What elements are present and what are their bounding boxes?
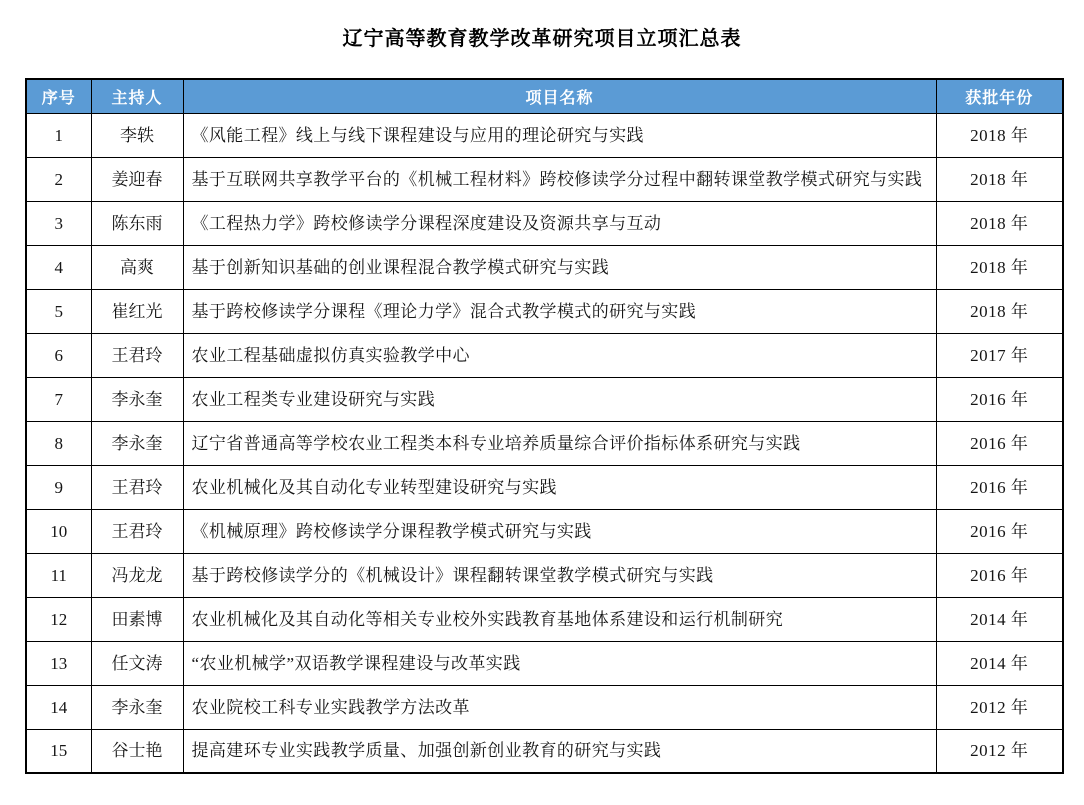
table-row: 14李永奎农业院校工科专业实践教学方法改革2012 年 [26, 685, 1063, 729]
col-header-year: 获批年份 [936, 79, 1063, 113]
table-row: 15谷士艳提高建环专业实践教学质量、加强创新创业教育的研究与实践2012 年 [26, 729, 1063, 773]
cell-leader: 李轶 [91, 113, 183, 157]
cell-project: 基于互联网共享教学平台的《机械工程材料》跨校修读学分过程中翻转课堂教学模式研究与… [183, 157, 936, 201]
cell-project: 农业院校工科专业实践教学方法改革 [183, 685, 936, 729]
table-row: 8李永奎辽宁省普通高等学校农业工程类本科专业培养质量综合评价指标体系研究与实践2… [26, 421, 1063, 465]
cell-project: 提高建环专业实践教学质量、加强创新创业教育的研究与实践 [183, 729, 936, 773]
cell-leader: 王君玲 [91, 509, 183, 553]
col-header-index: 序号 [26, 79, 91, 113]
projects-table-body: 1李轶《风能工程》线上与线下课程建设与应用的理论研究与实践2018 年2姜迎春基… [26, 113, 1063, 773]
cell-leader: 崔红光 [91, 289, 183, 333]
cell-year: 2014 年 [936, 641, 1063, 685]
cell-leader: 谷士艳 [91, 729, 183, 773]
table-row: 13任文涛“农业机械学”双语教学课程建设与改革实践2014 年 [26, 641, 1063, 685]
cell-year: 2016 年 [936, 553, 1063, 597]
table-row: 4高爽基于创新知识基础的创业课程混合教学模式研究与实践2018 年 [26, 245, 1063, 289]
cell-year: 2017 年 [936, 333, 1063, 377]
cell-index: 11 [26, 553, 91, 597]
cell-project: 《风能工程》线上与线下课程建设与应用的理论研究与实践 [183, 113, 936, 157]
cell-index: 8 [26, 421, 91, 465]
cell-project: “农业机械学”双语教学课程建设与改革实践 [183, 641, 936, 685]
table-row: 6王君玲农业工程基础虚拟仿真实验教学中心2017 年 [26, 333, 1063, 377]
page-title: 辽宁高等教育教学改革研究项目立项汇总表 [0, 22, 1084, 51]
document-page: 辽宁高等教育教学改革研究项目立项汇总表 序号 主持人 项目名称 获批年份 1李轶… [0, 0, 1084, 805]
cell-leader: 王君玲 [91, 465, 183, 509]
cell-leader: 姜迎春 [91, 157, 183, 201]
cell-project: 基于跨校修读学分的《机械设计》课程翻转课堂教学模式研究与实践 [183, 553, 936, 597]
cell-year: 2018 年 [936, 113, 1063, 157]
cell-leader: 田素博 [91, 597, 183, 641]
cell-leader: 王君玲 [91, 333, 183, 377]
table-row: 10王君玲《机械原理》跨校修读学分课程教学模式研究与实践2016 年 [26, 509, 1063, 553]
table-row: 3陈东雨《工程热力学》跨校修读学分课程深度建设及资源共享与互动2018 年 [26, 201, 1063, 245]
cell-project: 农业机械化及其自动化等相关专业校外实践教育基地体系建设和运行机制研究 [183, 597, 936, 641]
cell-project: 《工程热力学》跨校修读学分课程深度建设及资源共享与互动 [183, 201, 936, 245]
cell-leader: 李永奎 [91, 377, 183, 421]
cell-year: 2012 年 [936, 685, 1063, 729]
cell-project: 农业工程类专业建设研究与实践 [183, 377, 936, 421]
cell-year: 2014 年 [936, 597, 1063, 641]
cell-project: 基于创新知识基础的创业课程混合教学模式研究与实践 [183, 245, 936, 289]
cell-leader: 李永奎 [91, 685, 183, 729]
cell-project: 农业机械化及其自动化专业转型建设研究与实践 [183, 465, 936, 509]
col-header-project: 项目名称 [183, 79, 936, 113]
cell-project: 《机械原理》跨校修读学分课程教学模式研究与实践 [183, 509, 936, 553]
table-row: 9王君玲农业机械化及其自动化专业转型建设研究与实践2016 年 [26, 465, 1063, 509]
cell-leader: 高爽 [91, 245, 183, 289]
cell-index: 2 [26, 157, 91, 201]
cell-index: 14 [26, 685, 91, 729]
table-row: 5崔红光基于跨校修读学分课程《理论力学》混合式教学模式的研究与实践2018 年 [26, 289, 1063, 333]
cell-project: 农业工程基础虚拟仿真实验教学中心 [183, 333, 936, 377]
projects-table: 序号 主持人 项目名称 获批年份 1李轶《风能工程》线上与线下课程建设与应用的理… [25, 78, 1064, 774]
cell-index: 6 [26, 333, 91, 377]
table-row: 1李轶《风能工程》线上与线下课程建设与应用的理论研究与实践2018 年 [26, 113, 1063, 157]
cell-year: 2016 年 [936, 377, 1063, 421]
header-row: 序号 主持人 项目名称 获批年份 [26, 79, 1063, 113]
cell-project: 辽宁省普通高等学校农业工程类本科专业培养质量综合评价指标体系研究与实践 [183, 421, 936, 465]
cell-leader: 冯龙龙 [91, 553, 183, 597]
table-row: 11冯龙龙基于跨校修读学分的《机械设计》课程翻转课堂教学模式研究与实践2016 … [26, 553, 1063, 597]
table-row: 12田素博农业机械化及其自动化等相关专业校外实践教育基地体系建设和运行机制研究2… [26, 597, 1063, 641]
col-header-leader: 主持人 [91, 79, 183, 113]
cell-year: 2018 年 [936, 157, 1063, 201]
cell-year: 2018 年 [936, 245, 1063, 289]
cell-leader: 陈东雨 [91, 201, 183, 245]
cell-year: 2016 年 [936, 465, 1063, 509]
cell-index: 13 [26, 641, 91, 685]
cell-index: 9 [26, 465, 91, 509]
cell-index: 15 [26, 729, 91, 773]
cell-index: 12 [26, 597, 91, 641]
cell-index: 3 [26, 201, 91, 245]
cell-index: 5 [26, 289, 91, 333]
cell-year: 2016 年 [936, 509, 1063, 553]
cell-index: 10 [26, 509, 91, 553]
cell-index: 4 [26, 245, 91, 289]
table-row: 2姜迎春基于互联网共享教学平台的《机械工程材料》跨校修读学分过程中翻转课堂教学模… [26, 157, 1063, 201]
cell-index: 1 [26, 113, 91, 157]
table-row: 7李永奎农业工程类专业建设研究与实践2016 年 [26, 377, 1063, 421]
cell-leader: 任文涛 [91, 641, 183, 685]
cell-leader: 李永奎 [91, 421, 183, 465]
cell-year: 2012 年 [936, 729, 1063, 773]
cell-year: 2018 年 [936, 289, 1063, 333]
cell-year: 2018 年 [936, 201, 1063, 245]
cell-year: 2016 年 [936, 421, 1063, 465]
cell-project: 基于跨校修读学分课程《理论力学》混合式教学模式的研究与实践 [183, 289, 936, 333]
cell-index: 7 [26, 377, 91, 421]
